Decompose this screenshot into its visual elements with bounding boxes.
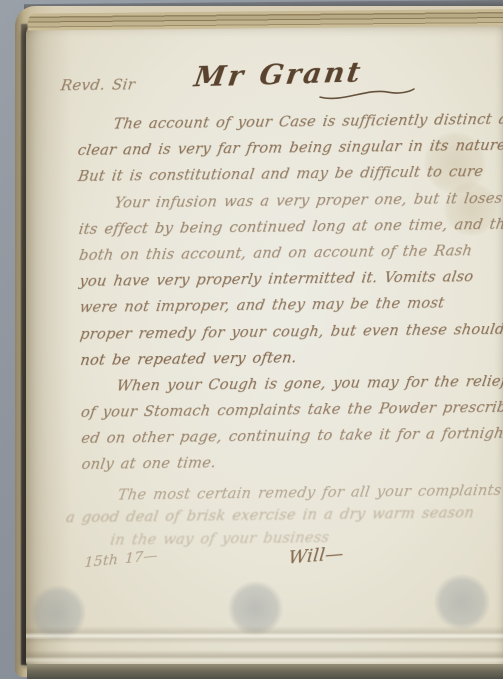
letter-content: Revd. Sir Mr Grant The account of your C… <box>0 0 503 679</box>
signature: Will— <box>287 543 344 568</box>
salutation: Revd. Sir <box>60 75 137 94</box>
paragraph: The most certain remedy for all your com… <box>80 480 503 553</box>
manuscript-photo: Revd. Sir Mr Grant The account of your C… <box>0 0 503 679</box>
page-bottom-edge <box>27 664 503 679</box>
paragraph: Your infusion was a very proper one, but… <box>76 186 503 374</box>
paragraph: When your Cough is gone, you may for the… <box>78 369 503 479</box>
letter-body: The account of your Case is sufficiently… <box>75 107 503 552</box>
paragraph: The account of your Case is sufficiently… <box>75 107 501 191</box>
pen-flourish-stroke <box>319 86 415 103</box>
letter-line: only at one time. <box>80 447 503 478</box>
